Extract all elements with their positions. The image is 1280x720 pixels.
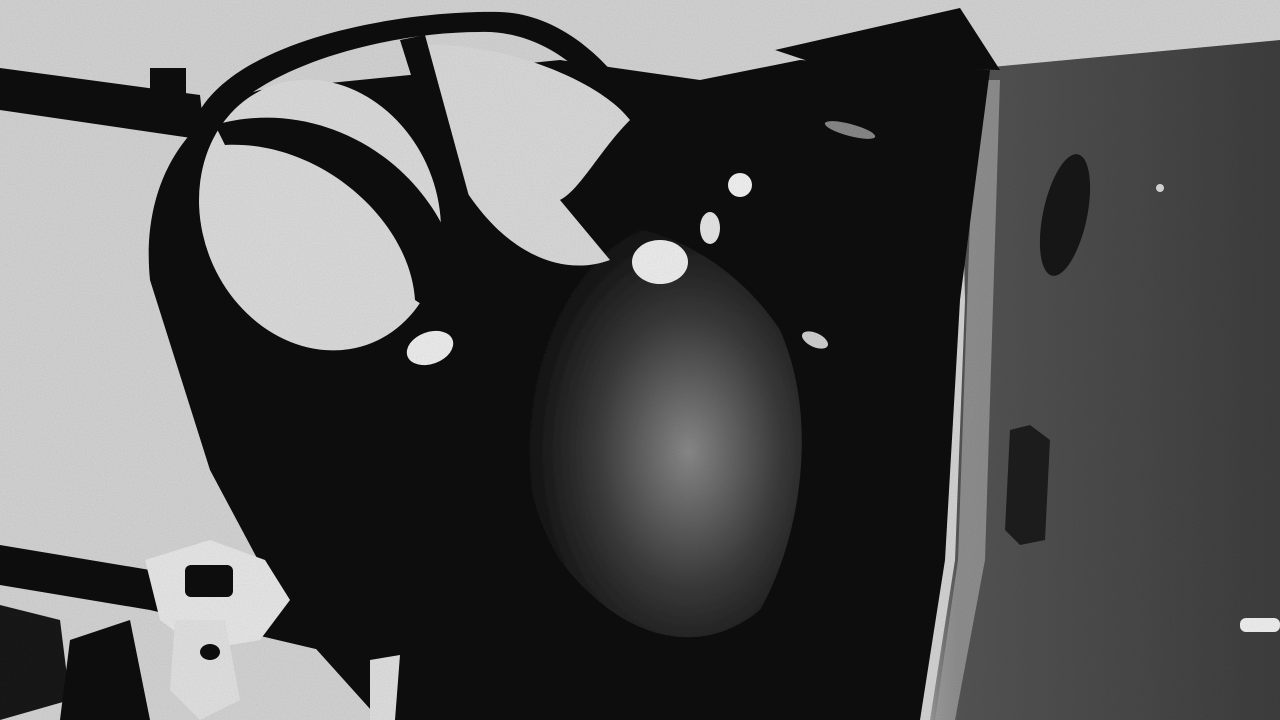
- photo-illustration: [0, 0, 1280, 720]
- panel-slot-lower: [1005, 425, 1050, 545]
- photograph: Grainy black-and-white halftone photogra…: [0, 0, 1280, 720]
